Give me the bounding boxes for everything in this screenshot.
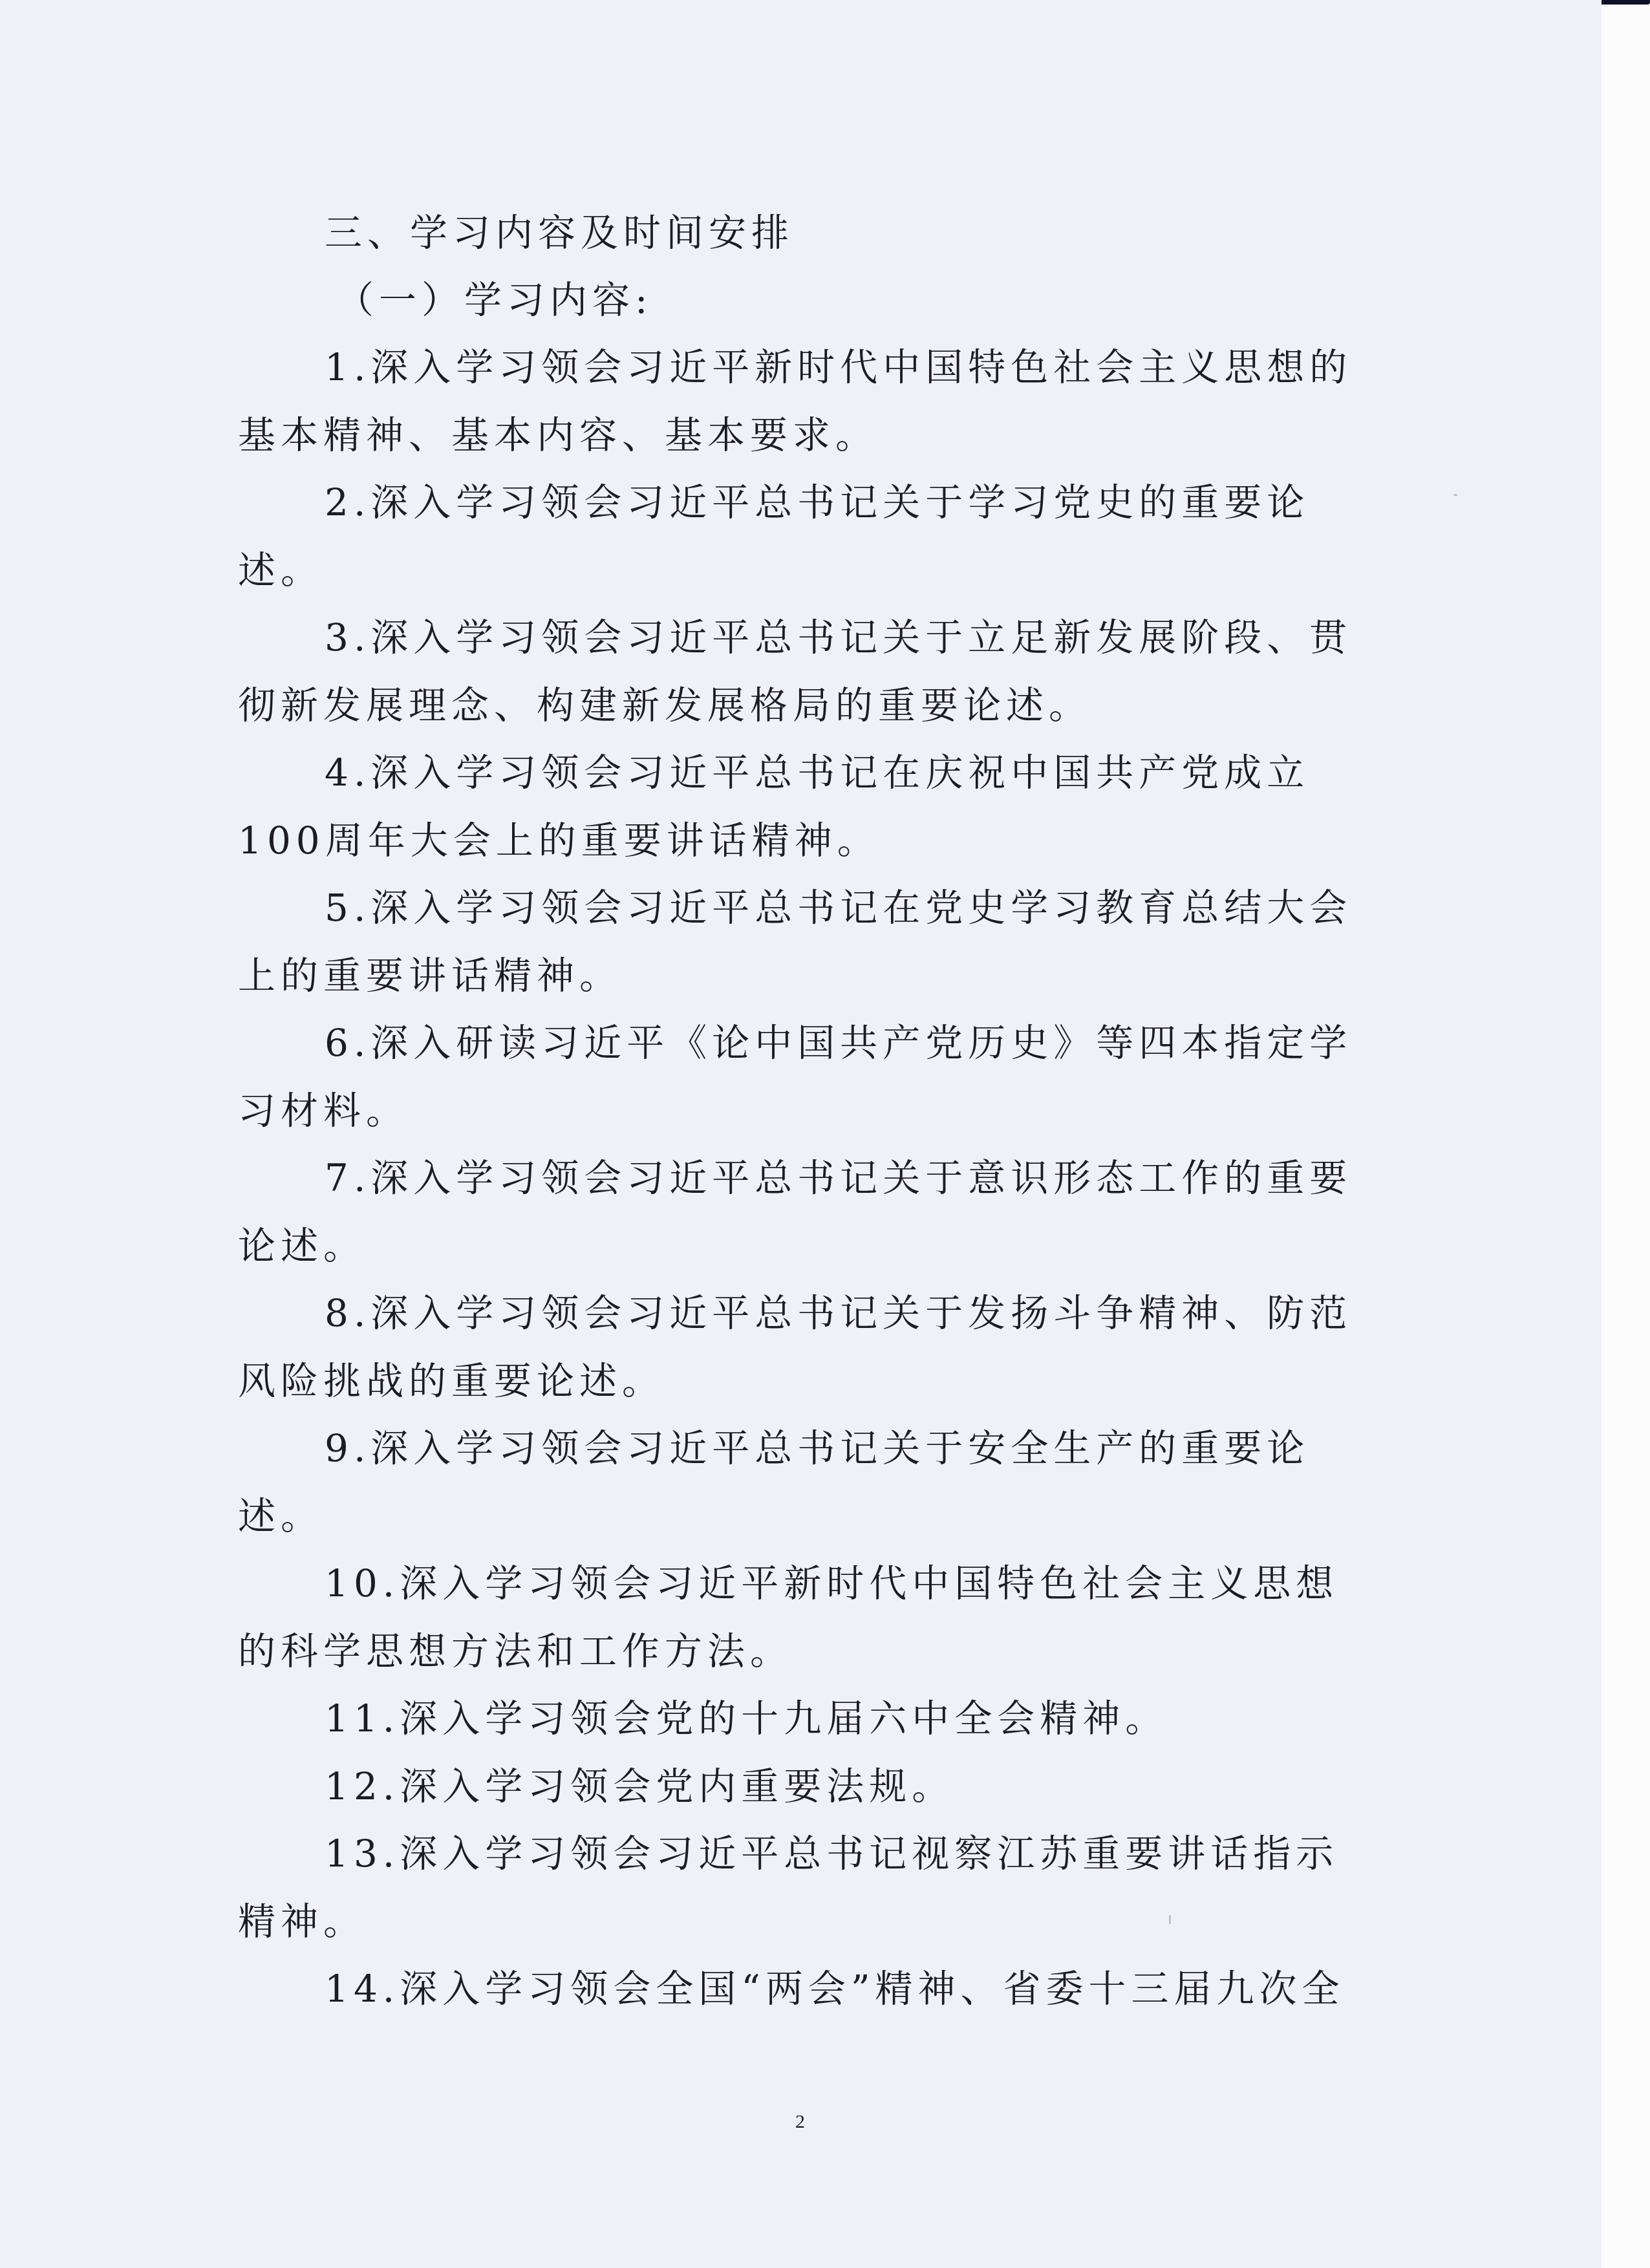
list-item-line: 述。 (238, 544, 323, 596)
list-item-line: 7.深入学习领会习近平总书记关于意识形态工作的重要 (325, 1152, 1352, 1204)
list-item-line: 上的重要讲话精神。 (238, 950, 622, 1001)
list-item-line: 8.深入学习领会习近平总书记关于发扬斗争精神、防范 (325, 1287, 1352, 1339)
list-item-line: 6.深入研读习近平《论中国共产党历史》等四本指定学 (325, 1017, 1352, 1069)
page-number: 2 (795, 2109, 805, 2135)
list-item-line: 习材料。 (238, 1085, 409, 1137)
subsection-heading: （一）学习内容: (336, 274, 653, 326)
list-item-line: 13.深入学习领会习近平总书记视察江苏重要讲话指示 (325, 1828, 1338, 1879)
list-item-line: 3.深入学习领会习近平总书记关于立足新发展阶段、贯 (325, 612, 1352, 663)
list-item-line: 论述。 (238, 1220, 366, 1272)
section-heading: 三、学习内容及时间安排 (325, 207, 794, 259)
list-item-line: 风险挑战的重要论述。 (238, 1355, 665, 1407)
scanner-edge-bar (1602, 0, 1650, 5)
list-item-line: 11.深入学习领会党的十九届六中全会精神。 (325, 1693, 1168, 1744)
scanner-margin-strip (1602, 0, 1650, 2268)
list-item-line: 4.深入学习领会习近平总书记在庆祝中国共产党成立 (325, 747, 1309, 798)
list-item-line: 2.深入学习领会习近平总书记关于学习党史的重要论 (325, 476, 1309, 528)
list-item-line: 述。 (238, 1490, 323, 1542)
list-item-line: 精神。 (238, 1896, 366, 1947)
list-item-line: 的科学思想方法和工作方法。 (238, 1625, 793, 1677)
list-item-line: 10.深入学习领会习近平新时代中国特色社会主义思想 (325, 1557, 1338, 1609)
scan-speck (1169, 1915, 1171, 1924)
list-item-line: 基本精神、基本内容、基本要求。 (238, 409, 878, 461)
scan-speck (1453, 494, 1457, 496)
list-item-line: 9.深入学习领会习近平总书记关于安全生产的重要论 (325, 1422, 1309, 1474)
list-item-line: 彻新发展理念、构建新发展格局的重要论述。 (238, 679, 1091, 731)
list-item-line: 12.深入学习领会党内重要法规。 (325, 1760, 954, 1812)
list-item-line: 5.深入学习领会习近平总书记在党史学习教育总结大会 (325, 882, 1352, 934)
list-item-line: 1.深入学习领会习近平新时代中国特色社会主义思想的 (325, 341, 1352, 393)
list-item-line: 14.深入学习领会全国“两会”精神、省委十三届九次全 (325, 1963, 1345, 2015)
list-item-line: 100周年大会上的重要讲话精神。 (238, 815, 880, 866)
